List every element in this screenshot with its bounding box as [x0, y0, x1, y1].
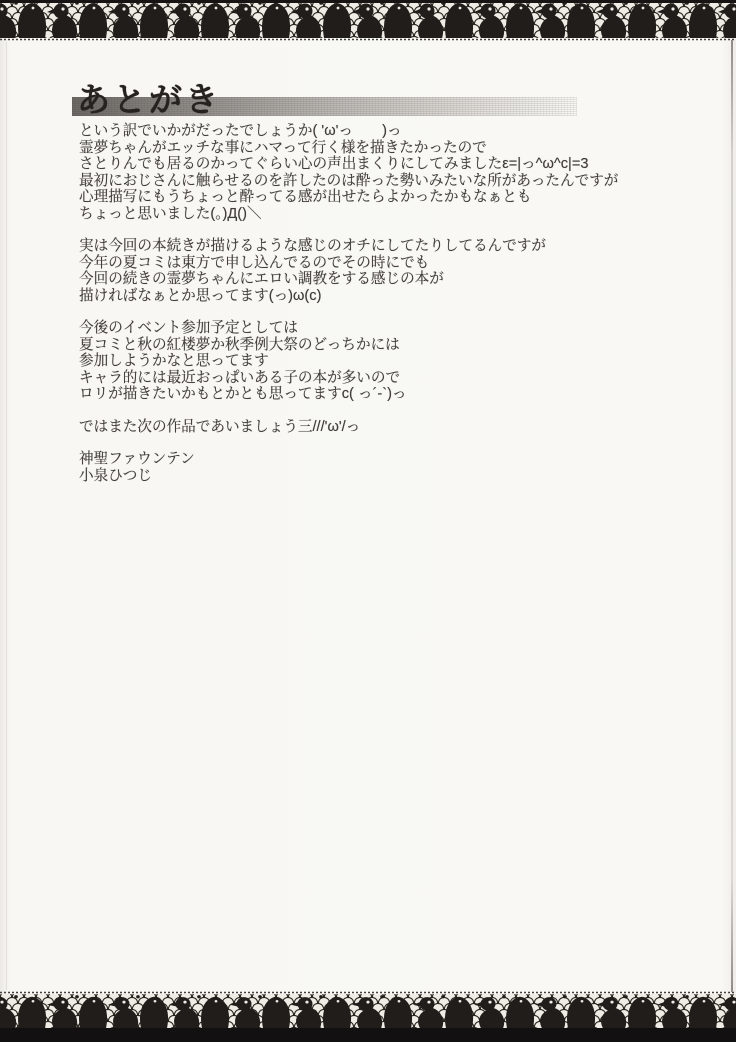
text-line: ではまた次の作品であいましょう三///'ω'/っ — [79, 419, 699, 436]
text-line: 今年の夏コミは東方で申し込んでるのでその時にでも — [79, 255, 699, 272]
text-line: 実は今回の本続きが描けるような感じのオチにしてたりしてるんですが — [79, 238, 699, 255]
text-line: 今後のイベント参加予定としては — [79, 320, 699, 337]
circle-name: 神聖ファウンテン — [79, 451, 699, 468]
page-title: あとがき — [77, 74, 221, 121]
page-fold-line — [6, 42, 7, 990]
text-line: 今回の続きの霊夢ちゃんにエロい調教をする感じの本が — [79, 271, 699, 288]
text-line: 最初におじさんに触らせるのを許したのは酔った勢いみたいな所があったんですが — [79, 173, 699, 190]
text-line: ロリが描きたいかもとかとも思ってますc( っ´-`)っ — [79, 386, 699, 403]
text-line: ちょっと思いました(｡)Д()＼ — [79, 206, 699, 223]
paragraph: 今後のイベント参加予定としては 夏コミと秋の紅楼夢か秋季例大祭のどっちかには 参… — [79, 320, 699, 403]
signature-block: 神聖ファウンテン 小泉ひつじ — [79, 451, 699, 484]
text-line: 夏コミと秋の紅楼夢か秋季例大祭のどっちかには — [79, 337, 699, 354]
scanned-afterword-page: あとがき という訳でいかがだったでしょうか( 'ω'っ )っ 霊夢ちゃんがエッチ… — [0, 0, 736, 1042]
afterword-text: という訳でいかがだったでしょうか( 'ω'っ )っ 霊夢ちゃんがエッチな事にハマ… — [79, 123, 699, 484]
top-border-penguin-pattern — [0, 0, 736, 41]
paragraph: という訳でいかがだったでしょうか( 'ω'っ )っ 霊夢ちゃんがエッチな事にハマ… — [79, 123, 699, 222]
paragraph: ではまた次の作品であいましょう三///'ω'/っ — [79, 419, 699, 436]
text-line: という訳でいかがだったでしょうか( 'ω'っ )っ — [79, 123, 699, 140]
author-name: 小泉ひつじ — [79, 468, 699, 485]
text-line: 霊夢ちゃんがエッチな事にハマって行く様を描きたかったので — [79, 140, 699, 157]
text-line: 参加しようかなと思ってます — [79, 353, 699, 370]
text-line: さとりんでも居るのかってぐらい心の声出まくりにしてみましたε=|っ^ω^c|=3 — [79, 156, 699, 173]
text-line: キャラ的には最近おっぱいある子の本が多いので — [79, 370, 699, 387]
bottom-border-penguin-pattern — [0, 991, 736, 1042]
paragraph: 実は今回の本続きが描けるような感じのオチにしてたりしてるんですが 今年の夏コミは… — [79, 238, 699, 304]
text-line: 心理描写にもうちょっと酔ってる感が出せたらよかったかもなぁとも — [79, 189, 699, 206]
page-scan-edge — [731, 40, 733, 992]
text-line: 描ければなぁとか思ってます(っ)ω(c) — [79, 288, 699, 305]
